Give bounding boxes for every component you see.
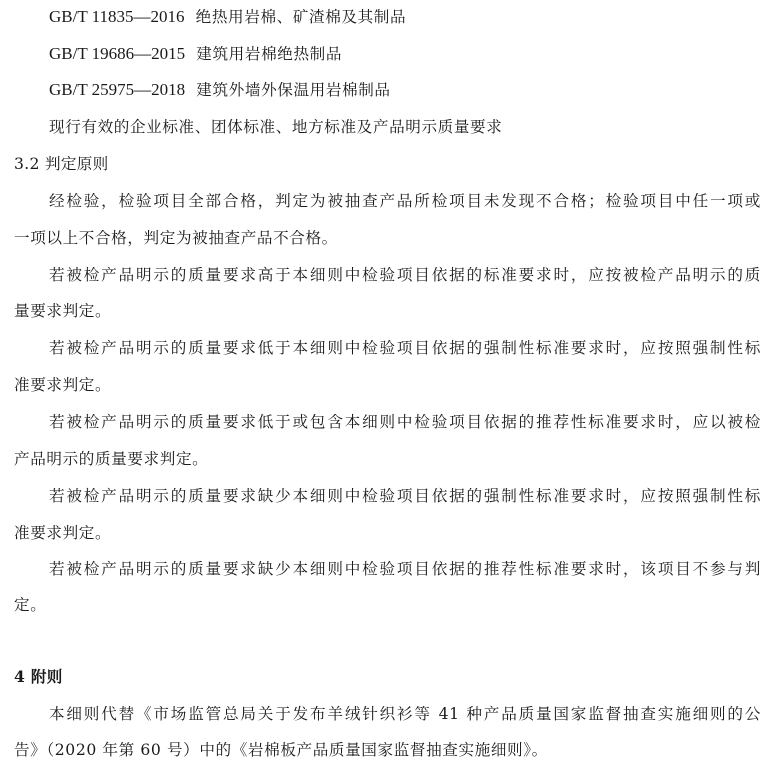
paragraph-line: 若被检产品明示的质量要求缺少本细则中检验项目依据的强制性标准要求时，应按照强制性… bbox=[49, 485, 761, 507]
paragraph-line: 一项以上不合格，判定为被抽查产品不合格。 bbox=[14, 227, 338, 249]
paragraph-line: 本细则代替《市场监管总局关于发布羊绒针织衫等 41 种产品质量国家监督抽查实施细… bbox=[49, 703, 761, 725]
section-heading-3-2: 3.2 判定原则 bbox=[14, 153, 109, 175]
paragraph-line: 经检验，检验项目全部合格，判定为被抽查产品所检项目未发现不合格；检验项目中任一项… bbox=[49, 190, 761, 212]
standard-code: GB/T 11835—2016 bbox=[49, 7, 185, 26]
paragraph-line: 准要求判定。 bbox=[14, 522, 111, 544]
standard-item: GB/T 25975—2018 建筑外墙外保温用岩棉制品 bbox=[49, 79, 391, 101]
paragraph-line: 若被检产品明示的质量要求低于或包含本细则中检验项目依据的推荐性标准要求时，应以被… bbox=[49, 411, 761, 433]
paragraph-line: 准要求判定。 bbox=[14, 374, 111, 396]
standard-code: GB/T 25975—2018 bbox=[49, 80, 185, 99]
standard-title: 绝热用岩棉、矿渣棉及其制品 bbox=[196, 8, 407, 26]
standard-title: 建筑外墙外保温用岩棉制品 bbox=[196, 81, 390, 99]
standard-title: 建筑用岩棉绝热制品 bbox=[196, 45, 342, 63]
standard-item: GB/T 19686—2015 建筑用岩棉绝热制品 bbox=[49, 43, 342, 65]
paragraph-line: 产品明示的质量要求判定。 bbox=[14, 448, 208, 470]
paragraph-line: 量要求判定。 bbox=[14, 300, 111, 322]
paragraph-line: 若被检产品明示的质量要求缺少本细则中检验项目依据的推荐性标准要求时，该项目不参与… bbox=[49, 558, 761, 580]
paragraph-line: 告》（2020 年第 60 号）中的《岩棉板产品质量国家监督抽查实施细则》。 bbox=[14, 739, 548, 761]
section-heading-4: 4 附则 bbox=[14, 666, 63, 688]
paragraph-line: 若被检产品明示的质量要求高于本细则中检验项目依据的标准要求时，应按被检产品明示的… bbox=[49, 264, 761, 286]
standard-code: GB/T 19686—2015 bbox=[49, 44, 185, 63]
standards-extra: 现行有效的企业标准、团体标准、地方标准及产品明示质量要求 bbox=[49, 116, 502, 138]
standard-item: GB/T 11835—2016 绝热用岩棉、矿渣棉及其制品 bbox=[49, 6, 406, 28]
paragraph-line: 若被检产品明示的质量要求低于本细则中检验项目依据的强制性标准要求时，应按照强制性… bbox=[49, 337, 761, 359]
paragraph-line: 定。 bbox=[14, 594, 46, 616]
